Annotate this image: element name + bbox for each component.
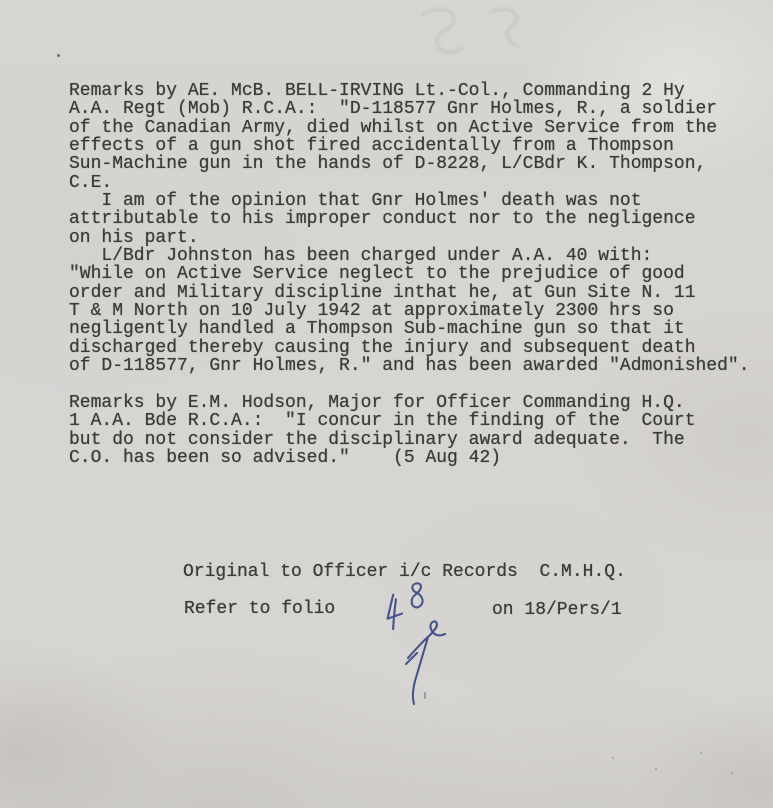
text-line: C.O. has been so advised." (5 Aug 42) [69,449,750,467]
ink-speck [700,752,702,754]
text-line: of D-118577, Gnr Holmes, R." and has bee… [69,357,750,375]
distribution-line: Original to Officer i/c Records C.M.H.Q. [183,563,626,581]
text-line: but do not consider the disciplinary awa… [69,431,750,449]
text-line: L/Bdr Johnston has been charged under A.… [69,247,750,265]
handwritten-folio-number [376,578,436,634]
ink-speck [731,772,733,774]
refer-to-folio-label: Refer to folio [184,600,335,618]
text-line: C.E. [69,174,750,192]
paragraph-remarks-hodson: Remarks by E.M. Hodson, Major for Office… [69,394,750,467]
text-line: A.A. Regt (Mob) R.C.A.: "D-118577 Gnr Ho… [69,100,750,118]
paragraph-charge-johnston: L/Bdr Johnston has been charged under A.… [69,247,750,375]
ink-speck [655,768,657,770]
text-line: 1 A.A. Bde R.C.A.: "I concur in the find… [69,412,750,430]
text-line: T & M North on 10 July 1942 at approxima… [69,302,750,320]
text-line: "While on Active Service neglect to the … [69,265,750,283]
handwritten-initials [398,608,462,712]
text-line: on his part. [69,229,750,247]
text-line: discharged thereby causing the injury an… [69,339,750,357]
text-line: Remarks by E.M. Hodson, Major for Office… [69,394,750,412]
text-line: of the Canadian Army, died whilst on Act… [69,119,750,137]
text-line: Remarks by AE. McB. BELL-IRVING Lt.-Col.… [69,82,750,100]
paragraph-opinion: I am of the opinion that Gnr Holmes' dea… [69,192,750,247]
text-line: I am of the opinion that Gnr Holmes' dea… [69,192,750,210]
bleedthrough-ghost-marks [408,2,548,74]
pen-stroke-remnant [424,692,426,699]
scanned-document-page: Remarks by AE. McB. BELL-IRVING Lt.-Col.… [0,0,773,808]
ink-speck [57,54,60,57]
paragraph-remarks-bell-irving: Remarks by AE. McB. BELL-IRVING Lt.-Col.… [69,82,750,192]
ink-speck [612,757,614,759]
file-reference: on 18/Pers/1 [492,601,622,619]
text-line: attributable to his improper conduct nor… [69,210,750,228]
text-line: effects of a gun shot fired accidentally… [69,137,750,155]
text-line: order and Military discipline inthat he,… [69,284,750,302]
text-line: Sun-Machine gun in the hands of D-8228, … [69,155,750,173]
text-line: negligently handled a Thompson Sub-machi… [69,320,750,338]
document-text: Remarks by AE. McB. BELL-IRVING Lt.-Col.… [69,82,750,467]
